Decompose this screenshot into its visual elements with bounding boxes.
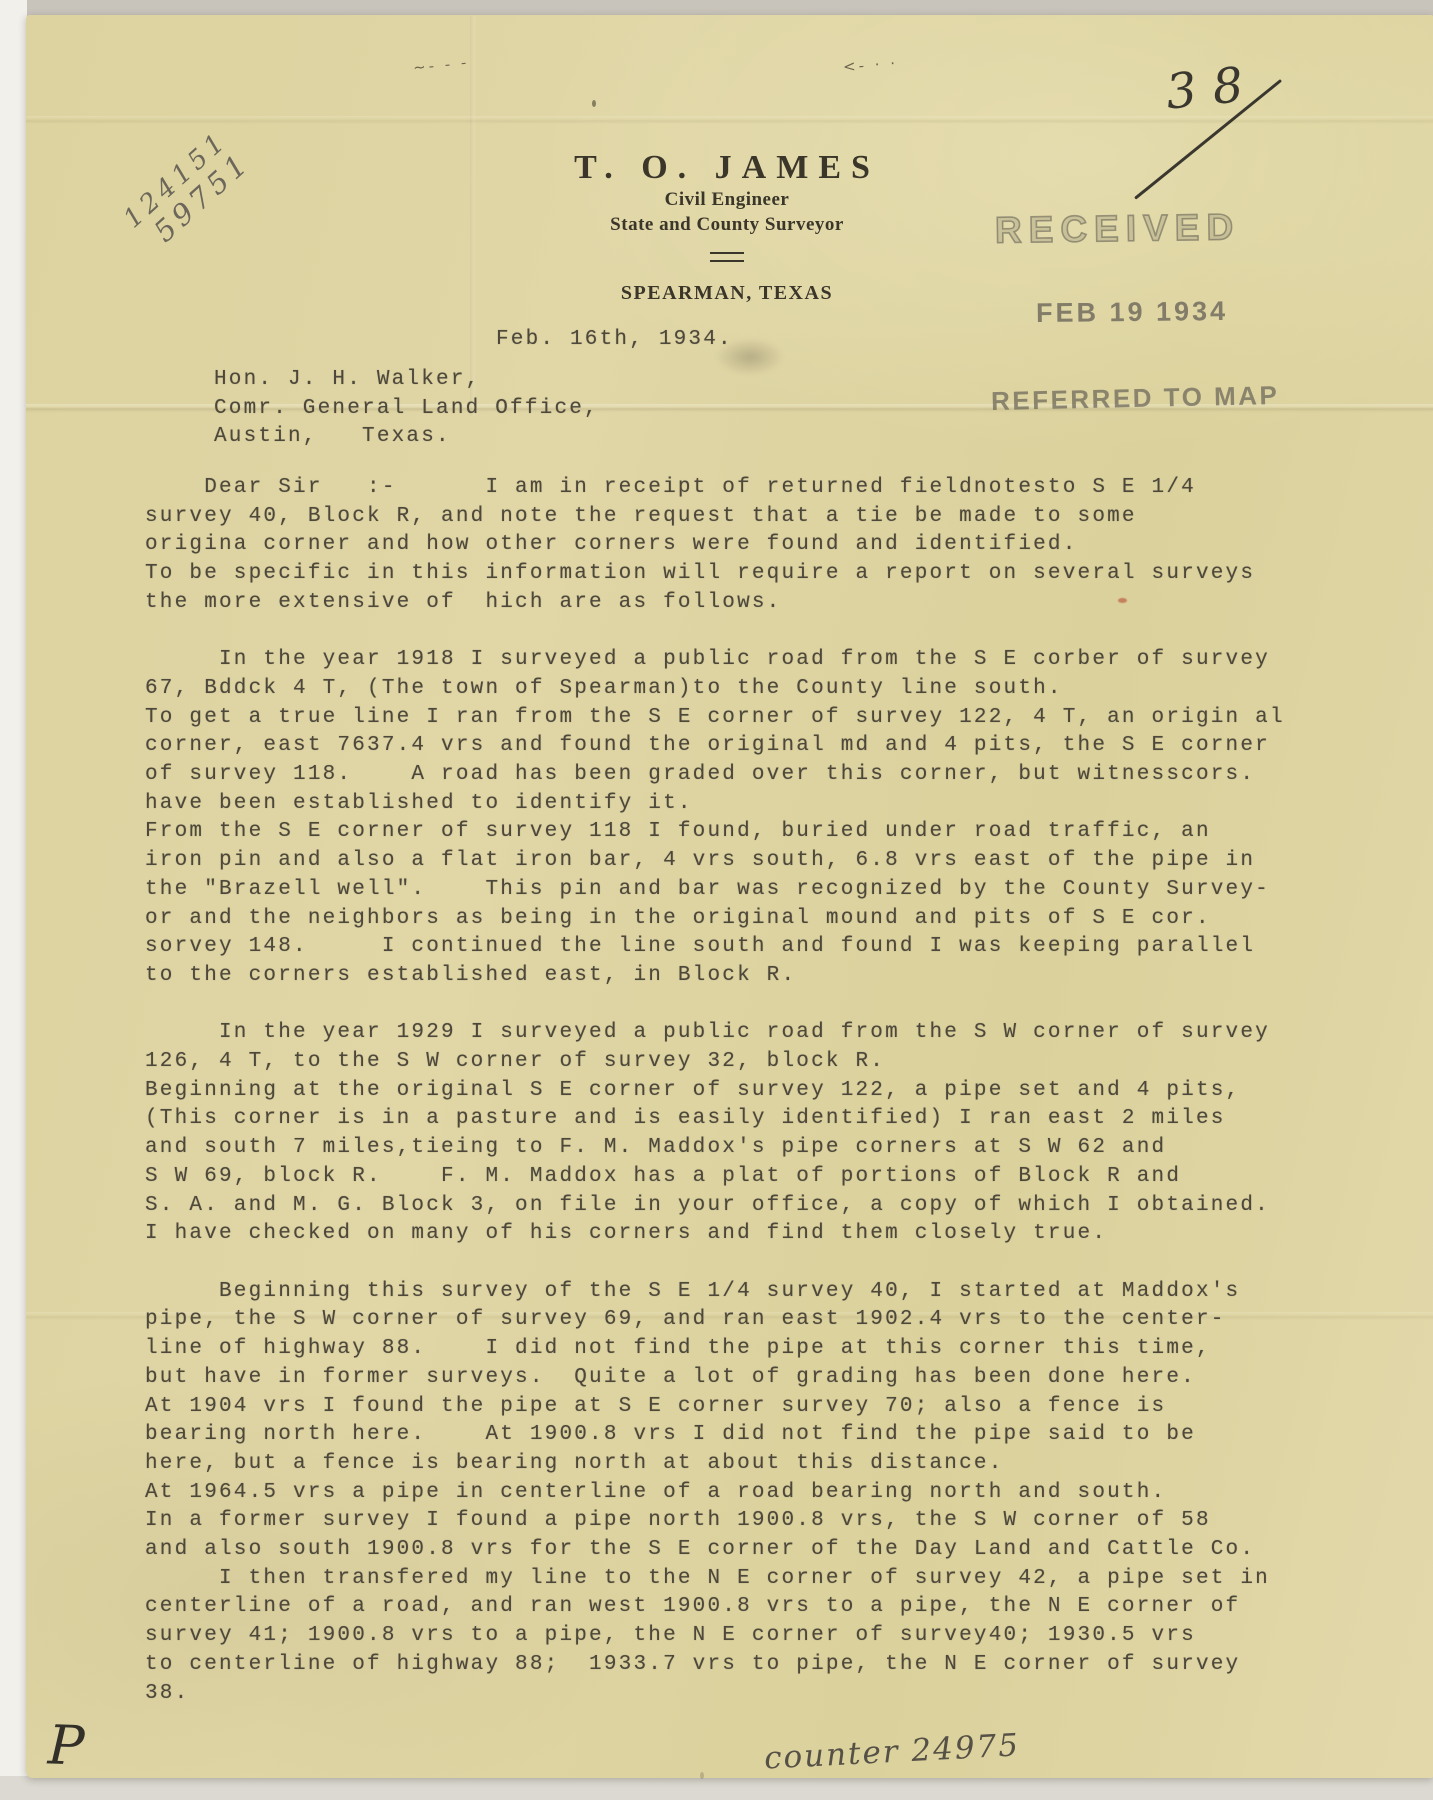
handwritten-page-number: 38 (1163, 55, 1261, 120)
referred-to-map-stamp: REFERRED TO MAP (991, 380, 1280, 417)
scanned-letter-page: { "letterhead": { "name": "T. O. JAMES",… (0, 0, 1433, 1800)
received-stamp: RECEIVED (995, 206, 1241, 251)
scan-background-bottom (0, 1776, 1433, 1800)
handwritten-initial: P (47, 1713, 86, 1777)
letterhead-divider (710, 252, 744, 262)
recipient-line-3: Austin, Texas. (214, 425, 451, 448)
paper-speck (592, 100, 596, 107)
letterhead-city: SPEARMAN, TEXAS (477, 282, 977, 305)
letterhead-name: T. O. JAMES (477, 150, 977, 186)
letterhead-title-1: Civil Engineer (477, 189, 977, 211)
received-date-stamp: FEB 19 1934 (1036, 296, 1228, 329)
red-speck (1118, 598, 1127, 603)
scan-background-left (0, 0, 27, 1800)
letterhead: T. O. JAMES Civil Engineer State and Cou… (477, 150, 977, 305)
recipient-line-2: Comr. General Land Office, (214, 397, 599, 420)
recipient-address: Hon. J. H. Walker, Comr. General Land Of… (214, 366, 599, 452)
letter-body: Dear Sir :- I am in receipt of returned … (145, 474, 1285, 1708)
scan-background-top (0, 0, 1433, 16)
recipient-line-1: Hon. J. H. Walker, (214, 368, 480, 391)
paper-speck (700, 1772, 704, 1779)
letter-date: Feb. 16th, 1934. (496, 328, 733, 351)
ink-smudge: <­- · · (842, 54, 898, 76)
letterhead-title-2: State and County Surveyor (477, 214, 977, 236)
